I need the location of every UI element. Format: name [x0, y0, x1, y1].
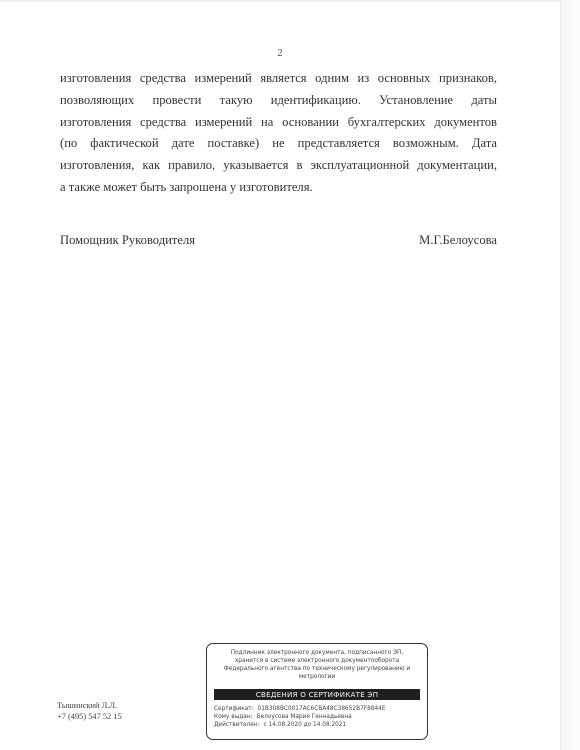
signature-block: Помощник Руководителя М.Г.Белоусова: [60, 233, 497, 251]
executor-name: Тышинский Л.Л.: [57, 701, 122, 712]
body-line: (по фактической дате поставке) не предст…: [60, 133, 497, 155]
body-line: позволяющих провести такую идентификацию…: [60, 90, 497, 112]
certificate-row: Сертификат:01B308BC0017AC6CBA48C38652B7F…: [214, 705, 386, 713]
body-line: изготовления средства измерений является…: [60, 68, 497, 90]
scan-top-edge: [0, 0, 560, 2]
stamp-notice: Подлинник электронного документа, подпис…: [207, 649, 427, 681]
certificate-value: 01B308BC0017AC6CBA48C38652B7F8844E: [258, 705, 386, 713]
stamp-notice-line: хранится в системе электронного документ…: [207, 657, 427, 665]
document-page: 2 изготовления средства измерений являет…: [0, 0, 560, 750]
stamp-notice-line: метрологии: [207, 673, 427, 681]
e-signature-stamp: Подлинник электронного документа, подпис…: [206, 643, 428, 740]
scan-right-edge: [560, 0, 580, 750]
body-line: изготовления средства измерений на основ…: [60, 112, 497, 134]
stamp-notice-line: Подлинник электронного документа, подпис…: [207, 649, 427, 657]
issued-to-value: Белоусова Мария Геннадьевна: [257, 713, 352, 721]
page-number: 2: [0, 48, 560, 59]
stamp-notice-line: Федерального агентства по техническому р…: [207, 665, 427, 673]
body-line: изготовления, как правило, указывается в…: [60, 155, 497, 177]
issued-to-label: Кому выдан:: [214, 713, 253, 721]
issued-to-row: Кому выдан:Белоусова Мария Геннадьевна: [214, 713, 386, 721]
certificate-label: Сертификат:: [214, 705, 254, 713]
executor-contact: Тышинский Л.Л. +7 (495) 547 52 15: [57, 701, 122, 722]
signatory-title: Помощник Руководителя: [60, 233, 195, 248]
body-line: а также может быть запрошена у изготовит…: [60, 177, 497, 199]
validity-value: с 14.08.2020 до 14.08.2021: [264, 721, 347, 729]
certificate-details: Сертификат:01B308BC0017AC6CBA48C38652B7F…: [214, 705, 386, 729]
body-paragraph: изготовления средства измерений является…: [60, 68, 497, 199]
stamp-header: СВЕДЕНИЯ О СЕРТИФИКАТЕ ЭП: [214, 689, 420, 700]
validity-row: Действителен:с 14.08.2020 до 14.08.2021: [214, 721, 386, 729]
validity-label: Действителен:: [214, 721, 260, 729]
executor-phone: +7 (495) 547 52 15: [57, 712, 122, 723]
signatory-name: М.Г.Белоусова: [419, 233, 497, 248]
